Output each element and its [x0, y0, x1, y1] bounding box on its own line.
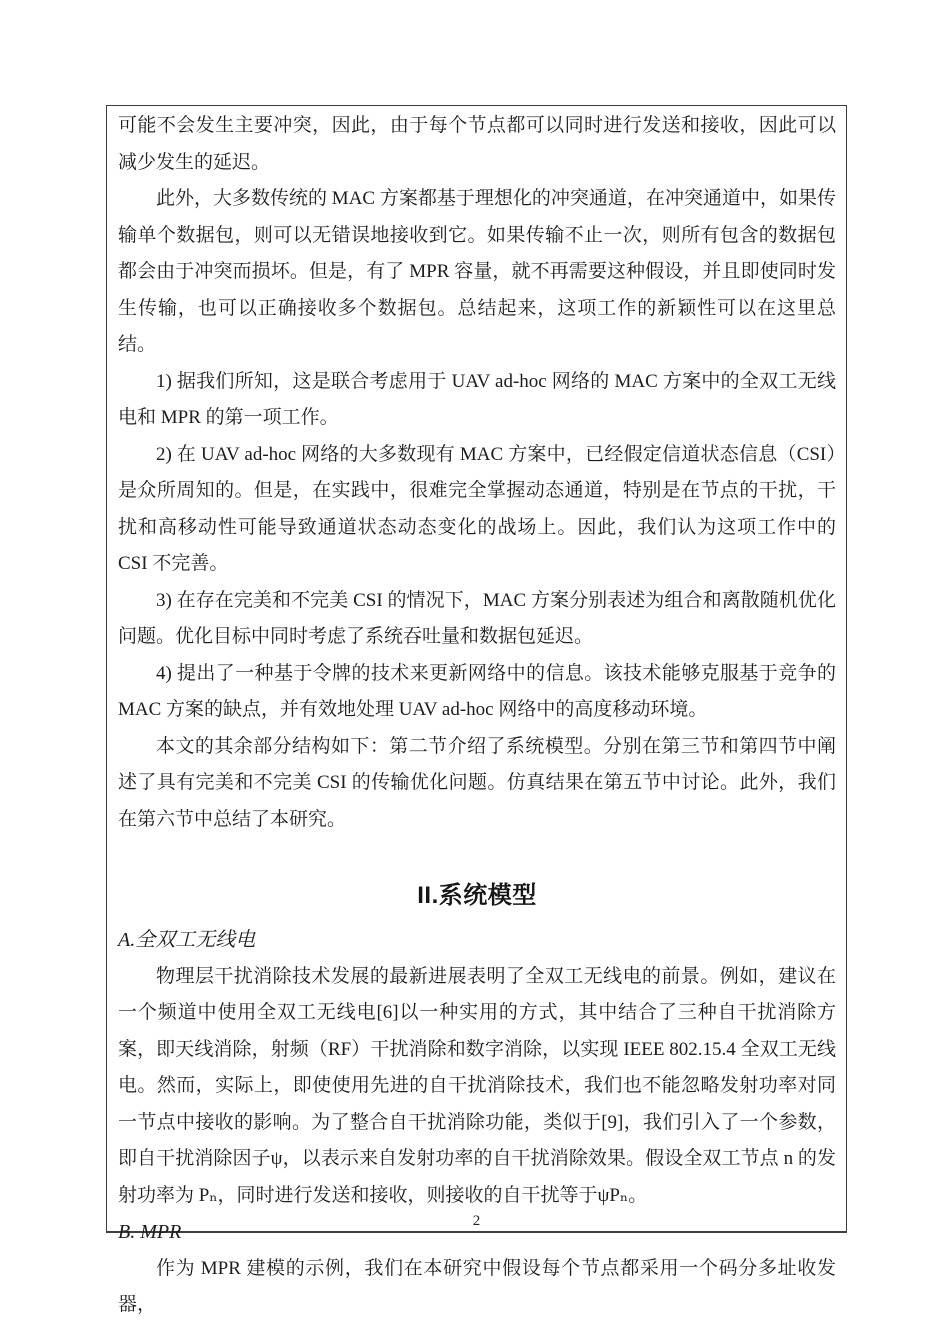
contribution-item-1: 1) 据我们所知，这是联合考虑用于 UAV ad-hoc 网络的 MAC 方案中… [118, 364, 836, 437]
subsection-a-heading: A.全双工无线电 [118, 922, 836, 959]
bordered-text-frame: 可能不会发生主要冲突，因此，由于每个节点都可以同时进行发送和接收，因此可以减少发… [106, 105, 847, 1233]
paragraph-intro: 此外，大多数传统的 MAC 方案都基于理想化的冲突通道，在冲突通道中，如果传输单… [118, 181, 836, 364]
paragraph-continuation: 可能不会发生主要冲突，因此，由于每个节点都可以同时进行发送和接收，因此可以减少发… [118, 108, 836, 181]
section-heading-system-model: II.系统模型 [118, 876, 836, 916]
subsection-a-paragraph: 物理层干扰消除技术发展的最新进展表明了全双工无线电的前景。例如，建议在一个频道中… [118, 959, 836, 1215]
contribution-item-3: 3) 在存在完美和不完美 CSI 的情况下，MAC 方案分别表述为组合和离散随机… [118, 583, 836, 656]
contribution-item-4: 4) 提出了一种基于令牌的技术来更新网络中的信息。该技术能够克服基于竞争的 MA… [118, 656, 836, 729]
document-page: { "page_number": "2", "content": { "para… [0, 0, 926, 1309]
paragraph-outline: 本文的其余部分结构如下：第二节介绍了系统模型。分别在第三节和第四节中阐述了具有完… [118, 729, 836, 839]
page-number: 2 [107, 1213, 846, 1229]
contribution-item-2: 2) 在 UAV ad-hoc 网络的大多数现有 MAC 方案中，已经假定信道状… [118, 437, 836, 583]
subsection-b-paragraph: 作为 MPR 建模的示例，我们在本研究中假设每个节点都采用一个码分多址收发器， [118, 1251, 836, 1324]
